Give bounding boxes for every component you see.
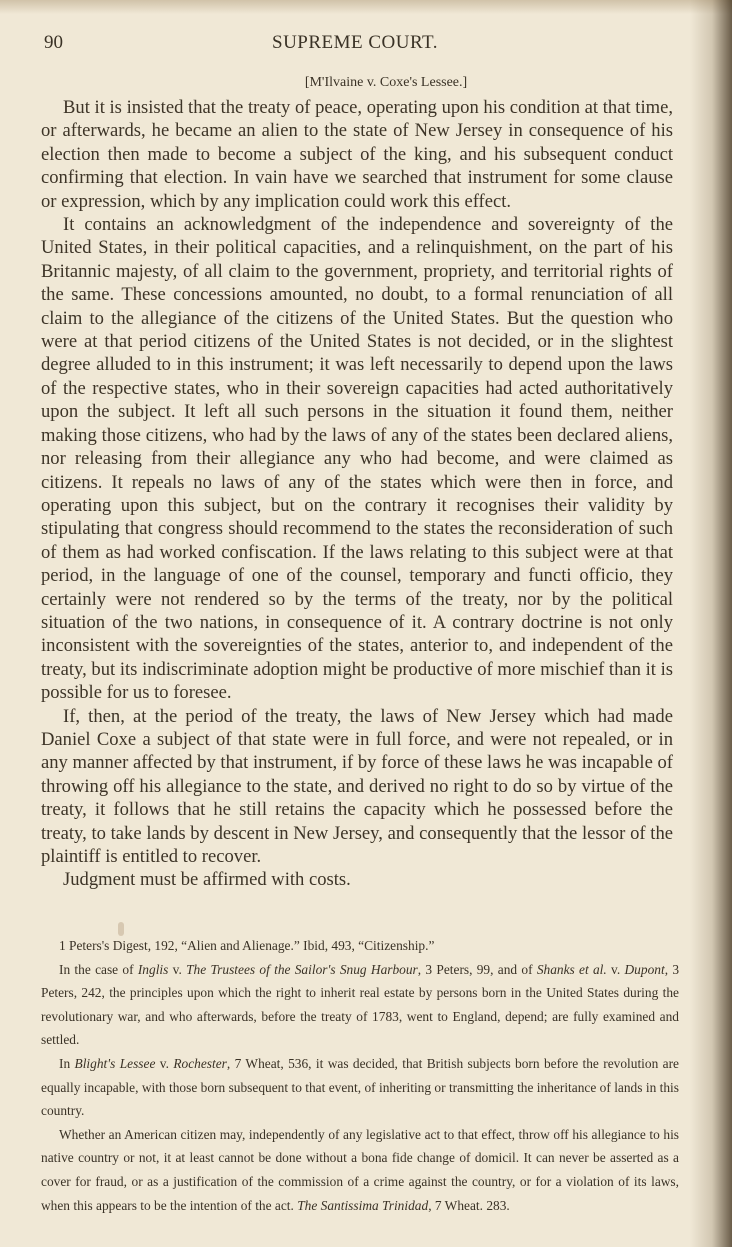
paragraph: It contains an acknowledgment of the ind… bbox=[41, 213, 673, 705]
running-head: SUPREME COURT. bbox=[44, 32, 666, 54]
footnote-4: Whether an American citizen may, indepen… bbox=[41, 1123, 679, 1217]
case-name-italic: The Santissima Trinidad bbox=[297, 1198, 428, 1213]
page-header: 90 SUPREME COURT. bbox=[44, 32, 666, 58]
case-name-italic: Rochester bbox=[173, 1056, 227, 1071]
footnote-2: In the case of Inglis v. The Trustees of… bbox=[41, 958, 679, 1052]
case-name-italic: The Trustees of the Sailor's Snug Harbou… bbox=[186, 962, 418, 977]
paragraph: If, then, at the period of the treaty, t… bbox=[41, 705, 673, 869]
footnote-3: In Blight's Lessee v. Rochester, 7 Wheat… bbox=[41, 1052, 679, 1123]
case-caption: [M'Ilvaine v. Coxe's Lessee.] bbox=[0, 75, 732, 91]
footnote-text: In bbox=[59, 1056, 75, 1071]
case-name-italic: Dupont bbox=[625, 962, 665, 977]
footnote-text: , 7 Wheat. 283. bbox=[428, 1198, 510, 1213]
footnote-1: 1 Peters's Digest, 192, “Alien and Alien… bbox=[41, 934, 679, 958]
book-page: 90 SUPREME COURT. [M'Ilvaine v. Coxe's L… bbox=[0, 0, 732, 1247]
footnotes: 1 Peters's Digest, 192, “Alien and Alien… bbox=[41, 934, 679, 1217]
case-name-italic: Inglis bbox=[138, 962, 169, 977]
case-name-italic: Blight's Lessee bbox=[75, 1056, 156, 1071]
footnote-text: In the case of bbox=[59, 962, 138, 977]
footnote-text: v. bbox=[168, 962, 186, 977]
footnote-text: v. bbox=[155, 1056, 173, 1071]
footnote-text: , 3 Peters, 99, and of bbox=[418, 962, 537, 977]
footnote-text: v. bbox=[607, 962, 625, 977]
opinion-body: But it is insisted that the treaty of pe… bbox=[41, 96, 673, 892]
paragraph: But it is insisted that the treaty of pe… bbox=[41, 96, 673, 213]
judgment-line: Judgment must be affirmed with costs. bbox=[41, 868, 673, 891]
case-name-italic: Shanks et al. bbox=[537, 962, 607, 977]
